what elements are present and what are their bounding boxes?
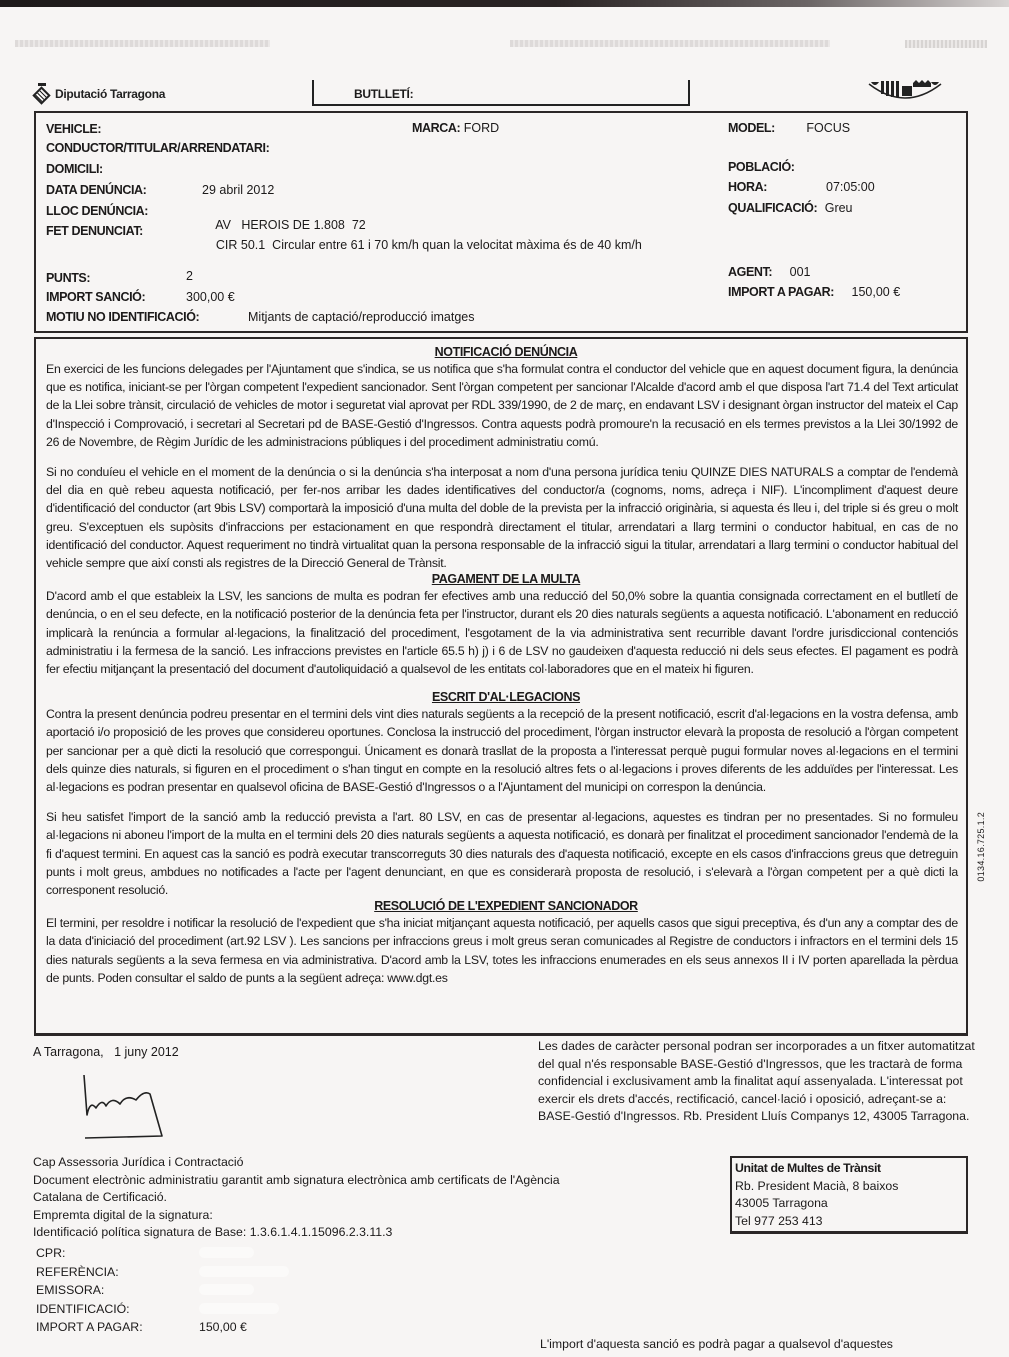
fet-denunciat-value: CIR 50.1 Circular entre 61 i 70 km/h qua… (202, 224, 642, 266)
signature-policy-id: Identificació política signatura de Base… (33, 1224, 573, 1242)
punts-field: PUNTS: (46, 271, 90, 285)
data-denuncia-field: DATA DENÚNCIA: (46, 183, 146, 197)
signature-block: Cap Assessoria Jurídica i Contractació D… (33, 1154, 573, 1242)
import-sancio-field: IMPORT SANCIÓ: (46, 290, 145, 304)
payment-note: L'import d'aquesta sanció es podrà pagar… (540, 1337, 893, 1351)
marca-field: MARCA: FORD (412, 121, 499, 135)
lloc-denuncia-field: LLOC DENÚNCIA: (46, 204, 148, 218)
notificacio-paragraph-1: En exercici de les funcions delegades pe… (46, 360, 958, 451)
scan-edge (0, 0, 1009, 7)
denuncia-data-box: VEHICLE: MARCA: FORD MODEL: FOCUS CONDUC… (34, 111, 968, 333)
diputacio-logo: Diputació Tarragona (33, 83, 165, 105)
legal-text-box: NOTIFICACIÓ DENÚNCIA En exercici de les … (34, 337, 968, 1036)
emissora-row: EMISSORA: (36, 1281, 289, 1300)
redacted-value (199, 1266, 289, 1277)
hora-value: 07:05:00 (826, 180, 875, 194)
traffic-fines-unit-box: Unitat de Multes de Trànsit Rb. Presiden… (730, 1156, 968, 1234)
import-a-pagar-value: 150,00 € (199, 1318, 247, 1337)
resolucio-paragraph: El termini, per resoldre i notificar la … (46, 914, 958, 987)
fet-denunciat-field: FET DENUNCIAT: (46, 224, 143, 238)
unit-city: 43005 Tarragona (735, 1195, 966, 1213)
org-name: Diputació Tarragona (55, 87, 165, 101)
diputacio-emblem-icon (33, 83, 51, 105)
butlleti-field: BUTLLETÍ: (312, 80, 690, 106)
import-sancio-value: 300,00 € (186, 290, 235, 304)
identificacio-row: IDENTIFICACIÓ: (36, 1300, 289, 1319)
section-title-pagament: PAGAMENT DE LA MULTA (46, 572, 966, 586)
conductor-field: CONDUCTOR/TITULAR/ARRENDATARI: (46, 141, 269, 155)
section-title-escrit: ESCRIT D'AL·LEGACIONS (46, 690, 966, 704)
pagament-paragraph: D'acord amb el que estableix la LSV, les… (46, 587, 958, 678)
punts-value: 2 (186, 269, 193, 283)
referencia-row: REFERÈNCIA: (36, 1263, 289, 1282)
redacted-value (199, 1303, 279, 1314)
qualificacio-field: QUALIFICACIÓ: Greu (728, 201, 853, 215)
poblacio-field: POBLACIÓ: (728, 160, 795, 174)
agent-field: AGENT: 001 (728, 265, 810, 279)
payment-identifiers: CPR: REFERÈNCIA: EMISSORA: IDENTIFICACIÓ… (36, 1244, 289, 1337)
vehicle-field: VEHICLE: (46, 122, 101, 136)
hora-field: HORA: (728, 180, 767, 194)
document-code: 0134.16.725.1.2 (976, 812, 986, 882)
butlleti-label: BUTLLETÍ: (354, 87, 413, 101)
data-denuncia-value: 29 abril 2012 (202, 183, 274, 197)
model-field: MODEL: FOCUS (728, 121, 850, 135)
escrit-paragraph-1: Contra la present denúncia podreu presen… (46, 705, 958, 796)
motiu-field: MOTIU NO IDENTIFICACIÓ: (46, 310, 199, 324)
electronic-doc-note: Document electrònic administratiu garant… (33, 1172, 573, 1207)
import-a-pagar-field: IMPORT A PAGAR: 150,00 € (728, 285, 900, 299)
redacted-value (199, 1247, 254, 1258)
section-title-notificacio: NOTIFICACIÓ DENÚNCIA (46, 345, 966, 359)
unit-address: Rb. President Macià, 8 baixos (735, 1178, 966, 1196)
domicili-field: DOMICILI: (46, 162, 103, 176)
motiu-value: Mitjants de captació/reproducció imatges (248, 310, 475, 324)
escrit-paragraph-2: Si heu satisfet l'import de la sanció am… (46, 808, 958, 899)
place-date: A Tarragona, 1 juny 2012 (33, 1045, 179, 1059)
notificacio-paragraph-2: Si no conduíeu el vehicle en el moment d… (46, 463, 958, 572)
redacted-value (199, 1284, 254, 1295)
signer-title: Cap Assessoria Jurídica i Contractació (33, 1154, 573, 1172)
coat-of-arms-icon (867, 78, 943, 104)
cpr-row: CPR: (36, 1244, 289, 1263)
unit-phone: Tel 977 253 413 (735, 1213, 966, 1231)
digital-fingerprint-label: Empremta digital de la signatura: (33, 1207, 573, 1225)
signature-icon (80, 1070, 190, 1150)
privacy-notice: Les dades de caràcter personal podran se… (538, 1038, 978, 1126)
section-title-resolucio: RESOLUCIÓ DE L'EXPEDIENT SANCIONADOR (46, 899, 966, 913)
bleed-through-text (15, 40, 270, 47)
bleed-through-text (905, 40, 987, 48)
bleed-through-text (510, 40, 830, 47)
import-a-pagar-row: IMPORT A PAGAR: 150,00 € (36, 1318, 289, 1337)
unit-title: Unitat de Multes de Trànsit (735, 1160, 966, 1178)
